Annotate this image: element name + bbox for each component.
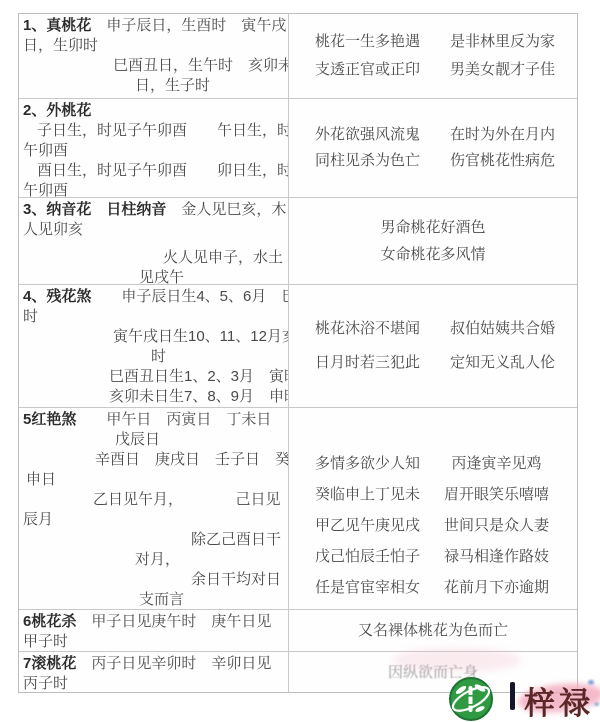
text-line: 申日 — [23, 470, 288, 490]
verse-line: 禄马相逢作路妓 — [444, 541, 549, 572]
watermark: | 梓禄 — [432, 670, 600, 722]
right-cell: 男命桃花好酒色 女命桃花多风情 — [289, 198, 577, 284]
text-line: 火人见申子，水土 — [23, 248, 288, 268]
text-line: 寅午戌日生10、11、12月亥 — [23, 327, 288, 347]
verse-line: 定知无义乱人伦 — [450, 346, 555, 380]
text-line: 除乙己酉日干 — [23, 530, 288, 550]
left-cell: 7滚桃花 丙子日见辛卯时 辛卯日见 丙子时 — [19, 652, 289, 692]
verse-pair: 外花欲强风流鬼 同柱见杀为色亡 在时为外在月内 伤官桃花性病危 — [289, 122, 577, 174]
verse-pair: 多情多欲少人知 癸临申上丁见未 甲乙见午庚见戌 戊己怕辰壬怕子 任是官宦宰相女 … — [289, 448, 577, 603]
left-cell: 4、残花煞 申子辰日生4、5、6月 巳 时 寅午戌日生10、11、12月亥 时 … — [19, 285, 289, 407]
right-cell: 多情多欲少人知 癸临申上丁见未 甲乙见午庚见戌 戊己怕辰壬怕子 任是官宦宰相女 … — [289, 408, 577, 609]
right-cell: 桃花沐浴不堪闻 日月时若三犯此 叔伯姑姨共合婚 定知无义乱人伦 — [289, 285, 577, 407]
text-line: 甲子时 — [23, 632, 288, 651]
verse-column-right: 丙逢寅辛见鸡 眉开眼笑乐嘻嘻 世间只是众人妻 禄马相逢作路妓 花前月下亦逾期 — [444, 448, 549, 603]
row-text: 丙子日见辛卯时 辛卯日见 — [76, 655, 271, 672]
text-line: 5红艳煞 甲午日 丙寅日 丁未日 — [23, 410, 288, 430]
table-row: 2、外桃花 子日生，时见子午卯酉 午日生，时见子 午卯酉 酉日生，时见子午卯酉 … — [19, 99, 577, 198]
table-row: 6桃花杀 甲子日见庚午时 庚午日见 甲子时 又名裸体桃花为色而亡 — [19, 610, 577, 652]
verse-line: 癸临申上丁见未 — [315, 479, 420, 510]
brand-text: 梓禄 — [524, 678, 594, 722]
watermark-smudge — [392, 648, 522, 672]
row-text: 甲子日见庚午时 庚午日见 — [76, 613, 271, 630]
text-line: 辰月 — [23, 510, 288, 530]
text-line: 支而言 — [23, 590, 288, 609]
text-line: 人见卯亥 — [23, 220, 288, 240]
text-line: 时 — [23, 307, 288, 327]
left-cell: 1、真桃花 申子辰日，生酉时 寅午戌 日，生卯时 巳酉丑日，生午时 亥卯未 日，… — [19, 14, 289, 98]
table-row: 1、真桃花 申子辰日，生酉时 寅午戌 日，生卯时 巳酉丑日，生午时 亥卯未 日，… — [19, 14, 577, 99]
right-cell: 桃花一生多艳遇 支透正官或正印 是非林里反为家 男美女靓才子佳 — [289, 14, 577, 98]
bamboo-globe-icon — [448, 676, 494, 722]
text-line: 午卯酉 — [23, 141, 288, 161]
verse-line: 任是官宦宰相女 — [315, 572, 420, 603]
text-line: 巳酉丑日生1、2、3月 寅时 — [23, 367, 288, 387]
text-line: 3、纳音花 日柱纳音 金人见巳亥，木 — [23, 200, 288, 220]
left-cell: 3、纳音花 日柱纳音 金人见巳亥，木 人见卯亥 火人见申子，水土 见戌午 — [19, 198, 289, 284]
verse-line: 在时为外在月内 — [450, 122, 555, 148]
verse-line: 男命桃花好酒色 — [289, 214, 577, 241]
verse-line: 是非林里反为家 — [450, 28, 555, 56]
row-label: 6桃花杀 — [23, 613, 76, 630]
verse-column-left: 多情多欲少人知 癸临申上丁见未 甲乙见午庚见戌 戊己怕辰壬怕子 任是官宦宰相女 — [315, 448, 420, 603]
text-line: 7滚桃花 丙子日见辛卯时 辛卯日见 — [23, 654, 288, 674]
table-row: 5红艳煞 甲午日 丙寅日 丁未日 戊辰日 辛酉日 庚戌日 壬子日 癸 申日 乙日… — [19, 408, 577, 610]
verse-merged: 又名裸体桃花为色而亡 — [289, 617, 577, 644]
verse-column-right: 叔伯姑姨共合婚 定知无义乱人伦 — [450, 312, 555, 380]
left-cell: 6桃花杀 甲子日见庚午时 庚午日见 甲子时 — [19, 610, 289, 651]
verse-line: 女命桃花多风情 — [289, 241, 577, 268]
verse-line: 日月时若三犯此 — [315, 346, 420, 380]
row-label: 7滚桃花 — [23, 655, 76, 672]
row-text: 金人见巳亥，木 — [166, 201, 286, 218]
verse-line: 桃花一生多艳遇 — [315, 28, 420, 56]
verse-line: 桃花沐浴不堪闻 — [315, 312, 420, 346]
verse-column-left: 外花欲强风流鬼 同柱见杀为色亡 — [315, 122, 420, 174]
verse-line: 戊己怕辰壬怕子 — [315, 541, 420, 572]
verse-line: 眉开眼笑乐嘻嘻 — [444, 479, 549, 510]
text-line: 对月， — [23, 550, 288, 570]
text-line: 丙子时 — [23, 674, 288, 692]
text-line: 见戌午 — [23, 268, 288, 284]
verse-column-left: 桃花一生多艳遇 支透正官或正印 — [315, 28, 420, 84]
row-text: 申子辰日，生酉时 寅午戌 — [91, 17, 286, 34]
text-line: 戊辰日 — [23, 430, 288, 450]
verse-column-right: 是非林里反为家 男美女靓才子佳 — [450, 28, 555, 84]
verse-column-right: 在时为外在月内 伤官桃花性病危 — [450, 122, 555, 174]
left-cell: 2、外桃花 子日生，时见子午卯酉 午日生，时见子 午卯酉 酉日生，时见子午卯酉 … — [19, 99, 289, 197]
verse-line: 甲乙见午庚见戌 — [315, 510, 420, 541]
row-label: 2、外桃花 — [23, 102, 91, 119]
text-line: 6桃花杀 甲子日见庚午时 庚午日见 — [23, 612, 288, 632]
row-label: 4、残花煞 — [23, 288, 91, 305]
verse-line: 丙逢寅辛见鸡 — [444, 448, 549, 479]
table-row: 4、残花煞 申子辰日生4、5、6月 巳 时 寅午戌日生10、11、12月亥 时 … — [19, 285, 577, 408]
text-line: 日，生卯时 — [23, 36, 288, 56]
verse-line: 男美女靓才子佳 — [450, 56, 555, 84]
text-line: 日，生子时 — [23, 76, 288, 96]
text-line: 2、外桃花 — [23, 101, 288, 121]
verse-line: 又名裸体桃花为色而亡 — [289, 617, 577, 644]
verse-line: 多情多欲少人知 — [315, 448, 420, 479]
verse-pair: 桃花沐浴不堪闻 日月时若三犯此 叔伯姑姨共合婚 定知无义乱人伦 — [289, 312, 577, 380]
row-label: 3、纳音花 — [23, 201, 91, 218]
text-line: 辛酉日 庚戌日 壬子日 癸 — [23, 450, 288, 470]
text-line: 时 — [23, 347, 288, 367]
verse-line: 世间只是众人妻 — [444, 510, 549, 541]
text-line: 1、真桃花 申子辰日，生酉时 寅午戌 — [23, 16, 288, 36]
text-line: 4、残花煞 申子辰日生4、5、6月 巳 — [23, 287, 288, 307]
row-label: 5红艳煞 — [23, 411, 76, 428]
verse-column-left: 桃花沐浴不堪闻 日月时若三犯此 — [315, 312, 420, 380]
text-line: 午卯酉 — [23, 181, 288, 197]
row-sublabel: 日柱纳音 — [91, 201, 166, 218]
text-line: 乙日见午月， 己日见 — [23, 490, 288, 510]
peach-blossom-table: 1、真桃花 申子辰日，生酉时 寅午戌 日，生卯时 巳酉丑日，生午时 亥卯未 日，… — [18, 13, 578, 693]
left-cell: 5红艳煞 甲午日 丙寅日 丁未日 戊辰日 辛酉日 庚戌日 壬子日 癸 申日 乙日… — [19, 408, 289, 609]
verse-line: 叔伯姑姨共合婚 — [450, 312, 555, 346]
right-cell: 外花欲强风流鬼 同柱见杀为色亡 在时为外在月内 伤官桃花性病危 — [289, 99, 577, 197]
verse-line: 同柱见杀为色亡 — [315, 148, 420, 174]
row-label: 1、真桃花 — [23, 17, 91, 34]
verse-line: 外花欲强风流鬼 — [315, 122, 420, 148]
verse-merged: 男命桃花好酒色 女命桃花多风情 — [289, 214, 577, 268]
verse-line: 花前月下亦逾期 — [444, 572, 549, 603]
row-text: 申子辰日生4、5、6月 巳 — [91, 288, 289, 305]
verse-pair: 桃花一生多艳遇 支透正官或正印 是非林里反为家 男美女靓才子佳 — [289, 28, 577, 84]
row-text: 甲午日 丙寅日 丁未日 — [76, 411, 271, 428]
table-row: 3、纳音花 日柱纳音 金人见巳亥，木 人见卯亥 火人见申子，水土 见戌午 男命桃… — [19, 198, 577, 285]
text-line: 子日生，时见子午卯酉 午日生，时见子 — [23, 121, 288, 141]
verse-line: 伤官桃花性病危 — [450, 148, 555, 174]
text-line: 酉日生，时见子午卯酉 卯日生，时见子 — [23, 161, 288, 181]
text-line: 余日干均对日 — [23, 570, 288, 590]
verse-line: 支透正官或正印 — [315, 56, 420, 84]
text-line: 亥卯未日生7、8、9月 申时 — [23, 387, 288, 407]
right-cell: 又名裸体桃花为色而亡 — [289, 610, 577, 651]
text-line: 巳酉丑日，生午时 亥卯未 — [23, 56, 288, 76]
separator-bar: | — [510, 682, 515, 710]
